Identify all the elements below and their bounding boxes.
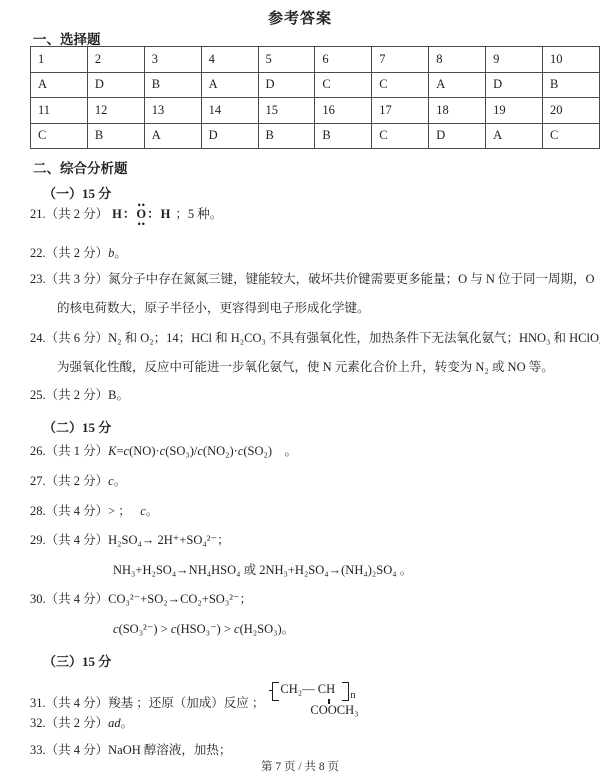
section-heading-analysis: 二、综合分析题	[33, 157, 128, 177]
answer-table-cell: 15	[258, 98, 315, 124]
answer-table-cell: 14	[201, 98, 258, 124]
text-segment: 。	[121, 716, 134, 730]
answer-table-cell: B	[258, 123, 315, 149]
answer-table-cell: C	[315, 72, 372, 98]
text-segment: 。	[146, 504, 159, 518]
answer-table-cell: 8	[429, 47, 486, 73]
text-segment: (NO)·	[129, 444, 160, 458]
answer-table-cell: 12	[87, 98, 144, 124]
polymer-right-bracket	[342, 682, 349, 701]
text-segment: (HSO₃⁻) >	[176, 622, 234, 636]
polymer-side-group: COOCH₃	[310, 704, 358, 717]
answer-table-cell: C	[372, 72, 429, 98]
answer-item-27: 27.（共 2 分）c。	[30, 475, 126, 488]
answer-table-row: ADBADCCADB	[31, 72, 600, 98]
part1-heading: （一）15 分	[43, 183, 111, 202]
answer-table-row: 11121314151617181920	[31, 98, 600, 124]
answer-table-cell: 4	[201, 47, 258, 73]
answer-sheet-page: 参考答案 一、选择题 12345678910ADBADCCADB11121314…	[0, 0, 600, 773]
answer-table-cell: C	[542, 123, 599, 149]
text-segment: 。	[114, 246, 127, 260]
answer-table-cell: B	[542, 72, 599, 98]
answer-table-cell: D	[258, 72, 315, 98]
text-segment: 28.（共 4 分）> ；	[30, 504, 140, 518]
answer-table-cell: B	[315, 123, 372, 149]
answer-table-cell: D	[87, 72, 144, 98]
lewis-bottom-dots: ••	[138, 222, 146, 226]
answer-item-30-line2: c(SO₃²⁻) > c(HSO₃⁻) > c(H₂SO₃)。	[113, 623, 294, 636]
text-segment: 27.（共 2 分）	[30, 474, 108, 488]
q31-prefix: 31.（共 4 分）羧基 ；还原（加成）反应 ；	[30, 696, 264, 710]
answer-table-cell: 16	[315, 98, 372, 124]
answer-table-cell: D	[429, 123, 486, 149]
answer-table-cell: 1	[31, 47, 88, 73]
answer-table-cell: 13	[144, 98, 201, 124]
answer-table-cell: 18	[429, 98, 486, 124]
answer-table-cell: 11	[31, 98, 88, 124]
answer-table-cell: A	[429, 72, 486, 98]
answer-table-cell: A	[144, 123, 201, 149]
answer-item-24-line2: 为强氧化性酸，反应中可能进一步氧化氨气，使 N 元素化合价上升，转变为 N₂ 或…	[57, 361, 554, 374]
text-segment: (SO₂) 。	[243, 444, 297, 458]
answer-table-cell: 5	[258, 47, 315, 73]
part2-heading: （二）15 分	[43, 417, 111, 436]
page-footer: 第 7 页 / 共 8 页	[0, 758, 600, 773]
answer-table-cell: 19	[486, 98, 543, 124]
answer-table-cell: B	[87, 123, 144, 149]
answer-table-cell: D	[486, 72, 543, 98]
answer-table-row: 12345678910	[31, 47, 600, 73]
answer-table-cell: 2	[87, 47, 144, 73]
answer-item-29-line2: NH₃+H₂SO₄→NH₄HSO₄ 或 2NH₃+H₂SO₄→(NH₄)₂SO₄…	[113, 564, 412, 577]
answer-table-cell: C	[31, 123, 88, 149]
text-segment: 。	[114, 474, 127, 488]
answer-table: 12345678910ADBADCCADB1112131415161718192…	[30, 46, 600, 149]
answer-item-25: 25.（共 2 分）B。	[30, 389, 129, 402]
answer-table-cell: 7	[372, 47, 429, 73]
text-segment: =	[116, 444, 123, 458]
answer-item-30-line1: 30.（共 4 分）CO₃²⁻+SO₂→CO₂+SO₃²⁻；	[30, 593, 252, 606]
answer-table-cell: C	[372, 123, 429, 149]
text-segment: 32.（共 2 分）	[30, 716, 108, 730]
answer-table-cell: 20	[542, 98, 599, 124]
answer-table-cell: 17	[372, 98, 429, 124]
text-segment: (H₂SO₃)。	[240, 622, 295, 636]
q21-suffix: ；5 种。	[175, 208, 222, 221]
answer-table-row: CBADBBCDAC	[31, 123, 600, 149]
answer-item-33: 33.（共 4 分）NaOH 醇溶液，加热；	[30, 744, 231, 757]
answer-table-cell: A	[486, 123, 543, 149]
answer-item-28: 28.（共 4 分）> ； c。	[30, 505, 158, 518]
part3-heading: （三）15 分	[43, 651, 111, 670]
text-segment: (SO₃²⁻) >	[119, 622, 171, 636]
answer-table-cell: 10	[542, 47, 599, 73]
text-segment: (NO₂)·	[203, 444, 238, 458]
answer-item-26: 26.（共 1 分）K=c(NO)·c(SO₃)/c(NO₂)·c(SO₂) 。	[30, 445, 297, 458]
section-heading-choice: 一、选择题	[33, 28, 101, 48]
answer-table-cell: B	[144, 72, 201, 98]
answer-item-23-line2: 的核电荷数大，原子半径小，更容得到电子形成化学键。	[57, 302, 370, 315]
polymer-n-subscript: n	[350, 691, 355, 702]
text-segment: 26.（共 1 分）	[30, 444, 108, 458]
answer-item-23-line1: 23.（共 3 分）氮分子中存在氮氮三键，键能较大，破坏共价键需要更多能量；O …	[30, 273, 595, 286]
answer-table-cell: A	[31, 72, 88, 98]
text-segment: ad	[108, 716, 121, 730]
answer-table-cell: A	[201, 72, 258, 98]
text-segment: 22.（共 2 分）	[30, 246, 108, 260]
q21-prefix: 21.（共 2 分）	[30, 208, 108, 221]
page-title: 参考答案	[0, 7, 600, 28]
polymer-left-bracket	[272, 682, 279, 701]
answer-table-cell: D	[201, 123, 258, 149]
answer-item-24-line1: 24.（共 6 分）N₂ 和 O₂；14；HCl 和 H₂CO₃ 不具有强氧化性…	[30, 332, 600, 345]
answer-table-cell: 3	[144, 47, 201, 73]
polymer-structure: CH₂— CH n COOCH₃	[270, 682, 374, 718]
answer-item-29-line1: 29.（共 4 分）H₂SO₄→ 2H⁺+SO₄²⁻；	[30, 534, 230, 547]
lewis-structure: •• H：O：H ••	[112, 203, 171, 226]
text-segment: (SO₃)/	[165, 444, 197, 458]
answer-item-21: 21.（共 2 分） •• H：O：H •• ；5 种。	[30, 203, 222, 226]
answer-table-cell: 6	[315, 47, 372, 73]
answer-item-32: 32.（共 2 分）ad。	[30, 717, 133, 730]
answer-item-22: 22.（共 2 分）b。	[30, 247, 127, 260]
polymer-backbone: CH₂— CH	[280, 683, 335, 696]
answer-table-cell: 9	[486, 47, 543, 73]
